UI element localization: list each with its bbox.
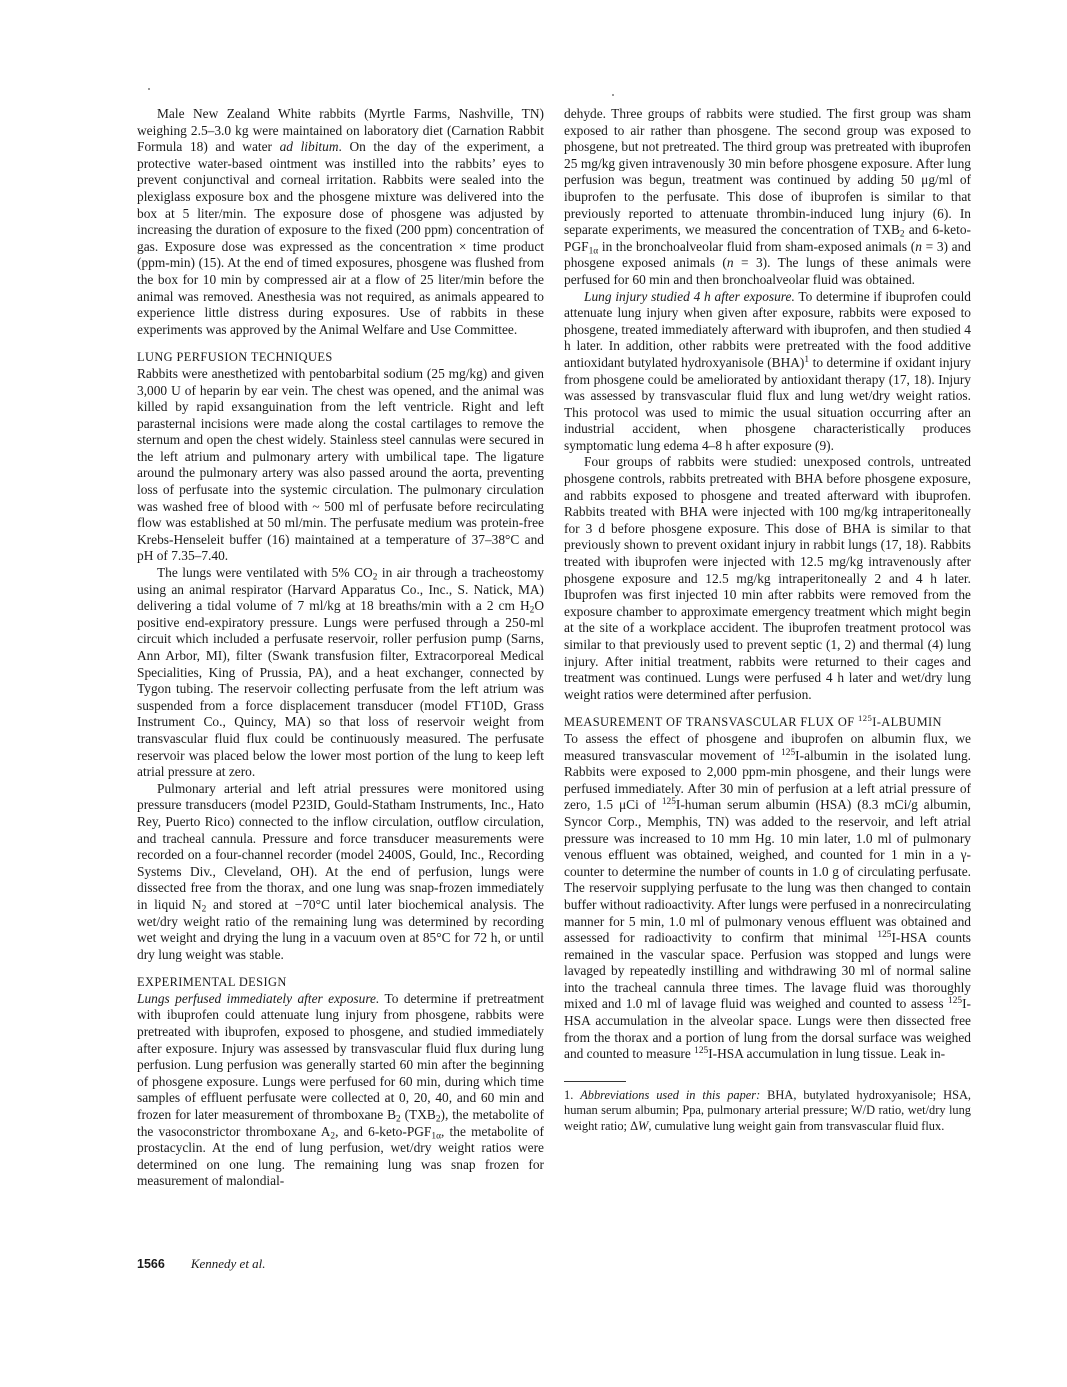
- paragraph-pressures: Pulmonary arterial and left atrial press…: [137, 781, 544, 964]
- scan-speck: [148, 88, 150, 90]
- section-heading-lung-perfusion: LUNG PERFUSION TECHNIQUES: [137, 349, 544, 366]
- paragraph-lung-perfusion: Rabbits were anesthetized with pentobarb…: [137, 366, 544, 565]
- paragraph-immediate-exposure: Lungs perfused immediately after exposur…: [137, 991, 544, 1190]
- scan-speck: [612, 94, 614, 96]
- paragraph-4h-after-exposure: Lung injury studied 4 h after exposure. …: [564, 289, 971, 455]
- right-column: dehyde. Three groups of rabbits were stu…: [564, 106, 971, 1134]
- section-heading-experimental-design: EXPERIMENTAL DESIGN: [137, 974, 544, 991]
- paragraph-three-groups: dehyde. Three groups of rabbits were stu…: [564, 106, 971, 289]
- page-footer: 1566 Kennedy et al.: [137, 1256, 266, 1272]
- section-heading-albumin-flux: MEASUREMENT OF TRANSVASCULAR FLUX OF 125…: [564, 714, 971, 731]
- paragraph-ventilation: The lungs were ventilated with 5% CO2 in…: [137, 565, 544, 781]
- footnote-divider: [564, 1081, 626, 1082]
- footnote-abbreviations: 1. Abbreviations used in this paper: BHA…: [564, 1088, 971, 1135]
- page-number: 1566: [137, 1257, 165, 1271]
- paragraph-albumin-flux: To assess the effect of phosgene and ibu…: [564, 731, 971, 1063]
- paragraph-animals: Male New Zealand White rabbits (Myrtle F…: [137, 106, 544, 338]
- paragraph-four-groups: Four groups of rabbits were studied: une…: [564, 454, 971, 703]
- left-column: Male New Zealand White rabbits (Myrtle F…: [137, 106, 544, 1190]
- running-author: Kennedy et al.: [191, 1256, 266, 1272]
